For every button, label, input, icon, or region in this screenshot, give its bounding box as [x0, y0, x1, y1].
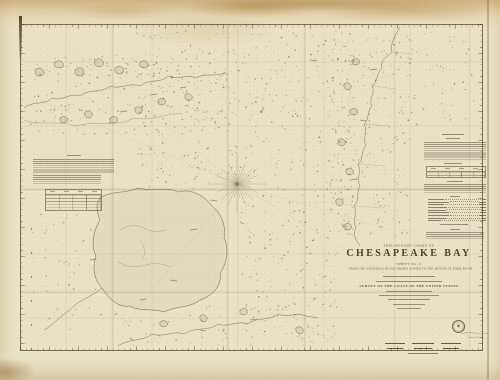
- leader-dots: [448, 206, 479, 208]
- credit-footer-line: [408, 353, 438, 354]
- leaders-list-row: [428, 210, 486, 213]
- chart-subtitle: FROM THE ENTRANCE OF POCOMOKE SOUND TO T…: [349, 267, 469, 270]
- notes-table-left: [45, 189, 102, 211]
- leader-item-value: [481, 210, 486, 211]
- paper-edge-fold: [487, 0, 489, 380]
- notes-left-heading: [67, 155, 81, 156]
- border-ticks-top-major: [20, 25, 483, 30]
- surveyor-seal: ✶: [452, 320, 465, 333]
- notes-right-subheading: [446, 138, 460, 139]
- notes-right-heading: [442, 134, 464, 135]
- imprint-line-7: [397, 308, 421, 309]
- leaders-list-row: [428, 200, 486, 203]
- notes-right-paragraph-1: [424, 142, 486, 161]
- notes-right-note-heading: [450, 229, 460, 230]
- leader-dots: [445, 203, 479, 205]
- chart-title: CHESAPEAKE BAY: [259, 248, 500, 259]
- leaders-list-row: [428, 213, 486, 216]
- leader-item-value: [479, 202, 486, 203]
- leaders-list-row: [428, 202, 486, 205]
- leader-item-label: [428, 202, 449, 203]
- tide-table-right: [426, 166, 486, 178]
- leaders-list-row: [428, 219, 486, 222]
- seal-icon: ✶: [456, 324, 461, 330]
- credit-title-1: [387, 348, 403, 349]
- notes-right-total-line: [440, 224, 468, 225]
- leader-item-label: [428, 218, 446, 219]
- leader-item-label: [428, 210, 446, 211]
- credit-title-3: [443, 348, 459, 349]
- leader-item-label: [428, 212, 449, 213]
- imprint-line-5: [388, 299, 430, 300]
- leaders-list-row: [428, 205, 486, 208]
- imprint-line-3: [386, 291, 432, 292]
- leader-item-label: [428, 199, 444, 200]
- leaders-list-row: [428, 197, 486, 200]
- leader-dots: [450, 201, 478, 203]
- leader-item-value: [480, 212, 486, 213]
- credit-name-2: [412, 343, 434, 344]
- notes-right-note-paragraph: [426, 232, 484, 239]
- imprint-line-2: [376, 281, 442, 282]
- credit-name-1: [385, 343, 405, 344]
- leader-item-value: [482, 199, 486, 200]
- notes-right-paragraph-2: [424, 184, 486, 194]
- leaders-list-row: [428, 216, 486, 219]
- leader-item-value: [481, 218, 486, 219]
- leader-item-value: [480, 207, 486, 208]
- leader-item-label: [428, 220, 441, 221]
- notes-left-paragraph: [33, 159, 114, 173]
- credit-name-3: [441, 343, 461, 344]
- notes-left-list: [33, 175, 101, 184]
- notes-right-caption: [444, 163, 462, 164]
- leader-dots: [447, 209, 480, 211]
- leader-item-value: [482, 220, 486, 221]
- leader-item-label: [428, 215, 449, 216]
- notes-right-heading-2: [447, 181, 463, 182]
- leaders-list: [428, 197, 486, 221]
- border-ticks-left-major: [21, 24, 26, 351]
- tide-table-body: [427, 172, 485, 177]
- notes-table-left-body: [46, 195, 101, 210]
- imprint-line-1: [383, 276, 435, 277]
- neatline-border: [20, 24, 483, 351]
- leaders-list-row: [428, 208, 486, 211]
- leader-dots: [450, 211, 479, 213]
- leader-item-label: [428, 207, 447, 208]
- sheet-number: SHEET No. 5: [334, 262, 484, 266]
- leader-dots: [447, 217, 480, 219]
- imprint-line-4: [379, 295, 439, 296]
- leader-item-label: [428, 204, 444, 205]
- leader-item-value: [479, 204, 486, 205]
- chart-paper: PRELIMINARY CHART OF CHESAPEAKE BAY SHEE…: [0, 0, 500, 380]
- credit-title-2: [414, 348, 432, 349]
- agency-line: SURVEY OF THE COAST OF THE UNITED STATES: [334, 284, 484, 288]
- imprint-line-6: [393, 304, 425, 305]
- leader-item-value: [479, 215, 486, 216]
- leader-dots: [445, 198, 481, 200]
- leader-dots: [450, 214, 477, 216]
- leader-dots: [442, 219, 481, 221]
